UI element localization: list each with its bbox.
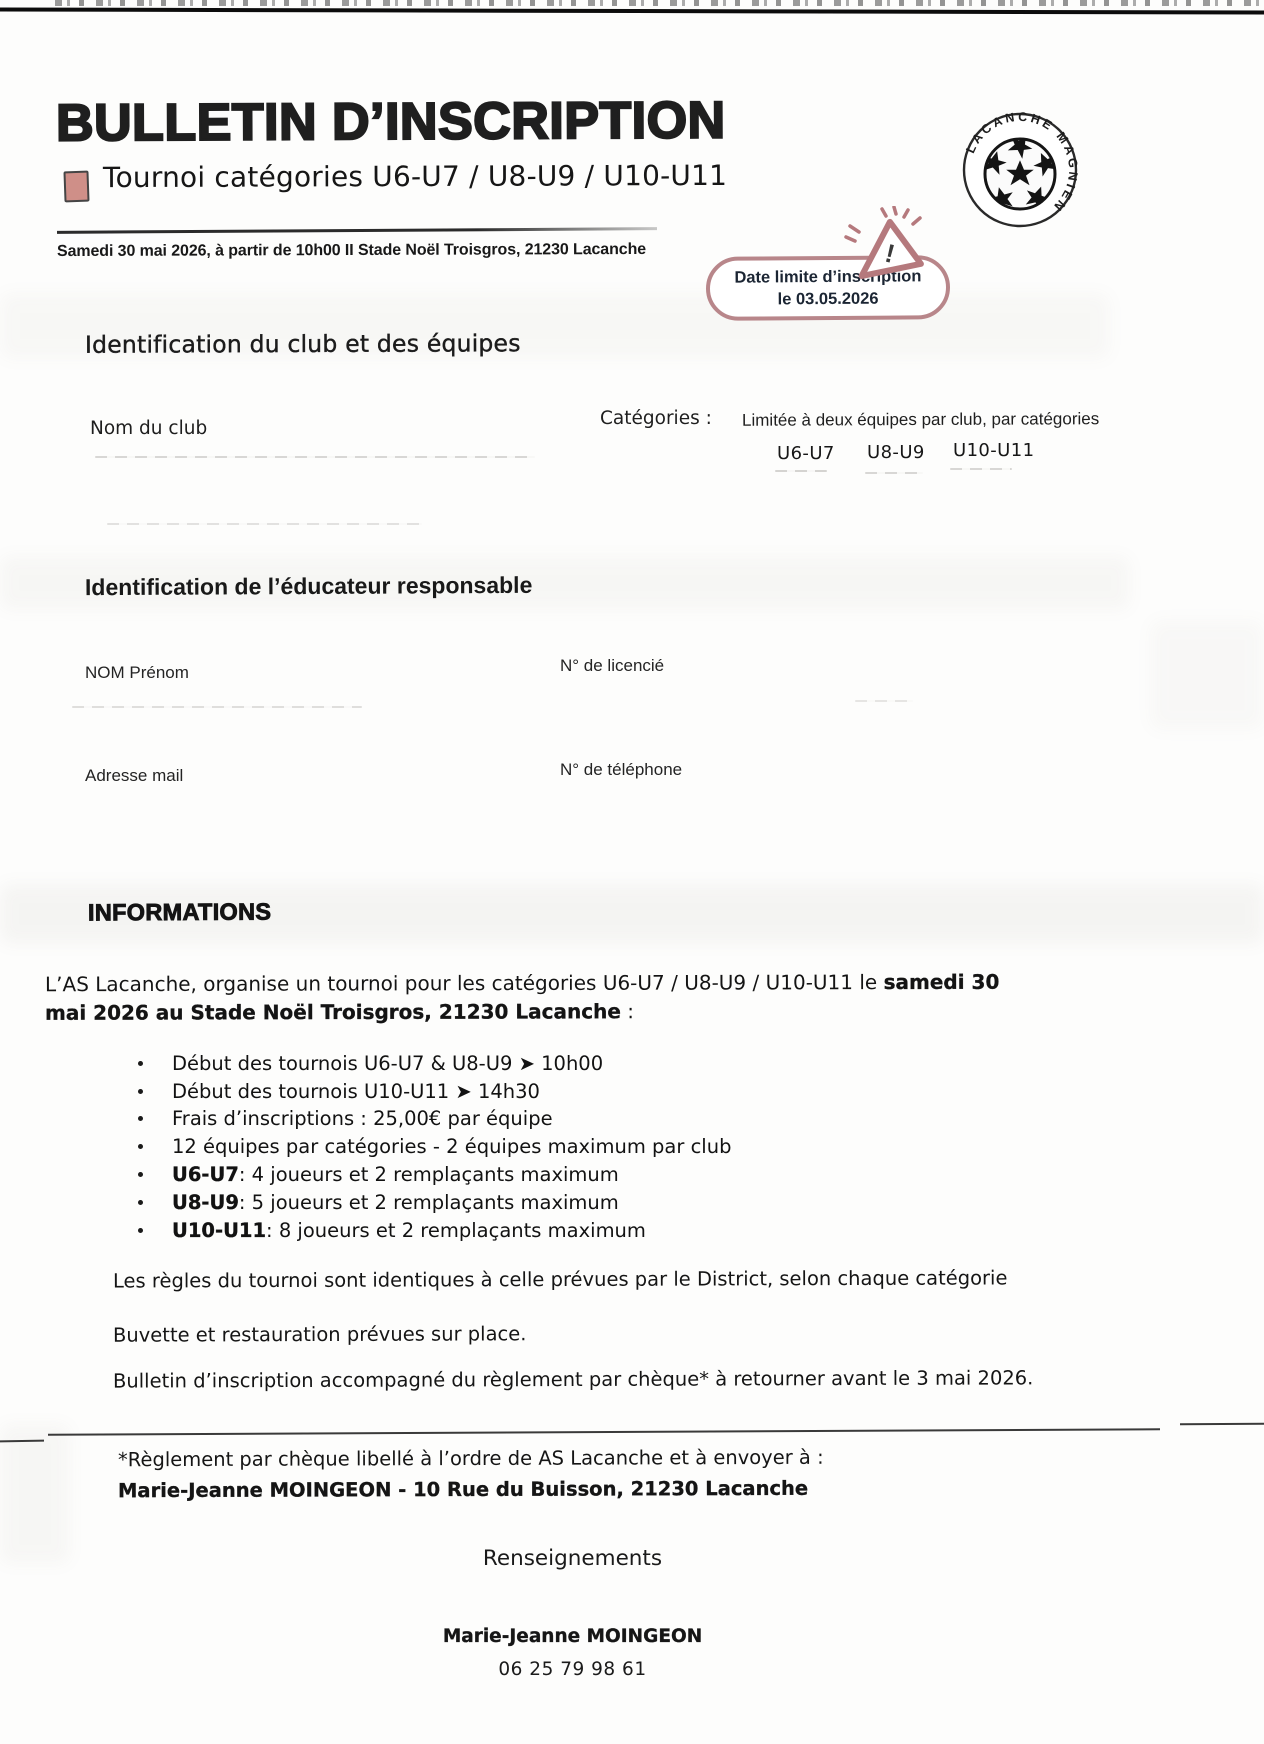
scan-smudge [0, 1424, 70, 1564]
category-u8-u9-field-line[interactable] [865, 472, 923, 474]
intro-bold-text: mai 2026 au Stade Noël Troisgros, 21230 … [45, 999, 621, 1025]
info-bullet-item: Début des tournois U10-U11 ➤ 14h30 [138, 1080, 540, 1103]
bullet-dot [138, 1089, 143, 1094]
info-intro-line1: L’AS Lacanche, organise un tournoi pour … [45, 970, 999, 996]
bullet-bold: U10-U11 [172, 1219, 266, 1242]
intro-normal-text: : [621, 999, 634, 1023]
bullet-text: Début des tournois U6-U7 & U8-U9 ➤ 10h00 [172, 1052, 603, 1075]
licence-field-line[interactable] [855, 700, 913, 702]
intro-normal-text: L’AS Lacanche, organise un tournoi pour … [45, 970, 884, 996]
scan-smudge [1150, 620, 1264, 730]
page-title: BULLETIN D’INSCRIPTION [56, 95, 726, 150]
bullet-text: : 8 joueurs et 2 remplaçants maximum [266, 1219, 646, 1242]
payment-divider [1180, 1423, 1264, 1426]
header-divider [57, 227, 657, 233]
info-bullet-item: 12 équipes par catégories - 2 équipes ma… [138, 1135, 731, 1158]
payment-divider [48, 1428, 1160, 1435]
educator-name-label: NOM Prénom [85, 663, 189, 683]
scan-faint-line [107, 523, 422, 525]
category-u10-u11-field-line[interactable] [950, 468, 1012, 470]
contact-name: Marie-Jeanne MOINGEON [0, 1626, 1145, 1647]
info-bullet-item: Début des tournois U6-U7 & U8-U9 ➤ 10h00 [138, 1052, 603, 1075]
bullet-text: : 4 joueurs et 2 remplaçants maximum [239, 1163, 619, 1186]
subtitle-bullet-square [63, 171, 89, 203]
bullet-bold: U6-U7 [172, 1163, 239, 1186]
category-u6-u7-field-line[interactable] [775, 470, 827, 472]
bullet-text: 12 équipes par catégories - 2 équipes ma… [172, 1135, 731, 1158]
category-option-u6-u7: U6-U7 [777, 443, 835, 464]
club-name-label: Nom du club [90, 418, 207, 439]
bullet-dot [138, 1116, 143, 1121]
info-bullet-item: Frais d’inscriptions : 25,00€ par équipe [138, 1107, 553, 1130]
info-intro-line2: mai 2026 au Stade Noël Troisgros, 21230 … [45, 999, 634, 1025]
scanned-registration-form: BULLETIN D’INSCRIPTION Tournoi catégorie… [0, 0, 1264, 1744]
contact-heading: Renseignements [0, 1546, 1145, 1571]
scan-cutoff-text-strip [55, 0, 1264, 6]
categories-label: Catégories : [600, 408, 712, 429]
cheque-note: *Règlement par chèque libellé à l’ordre … [118, 1446, 824, 1471]
bullet-dot [138, 1200, 143, 1205]
intro-bold-text: samedi 30 [884, 970, 1000, 994]
bullet-text: : 5 joueurs et 2 remplaçants maximum [239, 1191, 619, 1214]
bullet-text: Début des tournois U10-U11 ➤ 14h30 [172, 1080, 540, 1103]
event-date-location: Samedi 30 mai 2026, à partir de 10h00 II… [57, 241, 646, 261]
educator-section-heading: Identification de l’éducateur responsabl… [85, 572, 532, 601]
info-bullet-item: U6-U7 : 4 joueurs et 2 remplaçants maxim… [138, 1163, 619, 1186]
info-paragraph: Bulletin d’inscription accompagné du règ… [113, 1366, 1033, 1392]
club-name-field-line[interactable] [95, 456, 535, 458]
educator-name-field-line[interactable] [72, 706, 362, 708]
categories-note: Limitée à deux équipes par club, par cat… [742, 409, 1099, 431]
info-section-heading: INFORMATIONS [88, 899, 271, 927]
bullet-dot [138, 1144, 143, 1149]
email-label: Adresse mail [85, 766, 183, 786]
contact-phone: 06 25 79 98 61 [0, 1659, 1145, 1680]
info-paragraph: Buvette et restauration prévues sur plac… [113, 1322, 527, 1346]
info-bullet-item: U10-U11 : 8 joueurs et 2 remplaçants max… [138, 1219, 646, 1242]
category-option-u10-u11: U10-U11 [953, 440, 1034, 461]
info-bullet-item: U8-U9 : 5 joueurs et 2 remplaçants maxim… [138, 1191, 619, 1214]
warning-icon: ! [840, 206, 940, 300]
bullet-dot [138, 1228, 143, 1233]
phone-number-label: N° de téléphone [560, 760, 682, 780]
mailing-address: Marie-Jeanne MOINGEON - 10 Rue du Buisso… [118, 1477, 808, 1502]
bullet-dot [138, 1172, 143, 1177]
bullet-bold: U8-U9 [172, 1191, 239, 1214]
bullet-text: Frais d’inscriptions : 25,00€ par équipe [172, 1107, 553, 1130]
bullet-dot [138, 1061, 143, 1066]
licence-number-label: N° de licencié [560, 656, 664, 676]
club-section-heading: Identification du club et des équipes [85, 329, 521, 359]
category-option-u8-u9: U8-U9 [867, 442, 925, 463]
info-paragraph: Les règles du tournoi sont identiques à … [113, 1266, 1008, 1292]
scan-top-rule [0, 7, 1264, 14]
page-subtitle: Tournoi catégories U6-U7 / U8-U9 / U10-U… [103, 159, 727, 194]
club-logo: LACANCHE MAGNIEN [961, 111, 1079, 229]
